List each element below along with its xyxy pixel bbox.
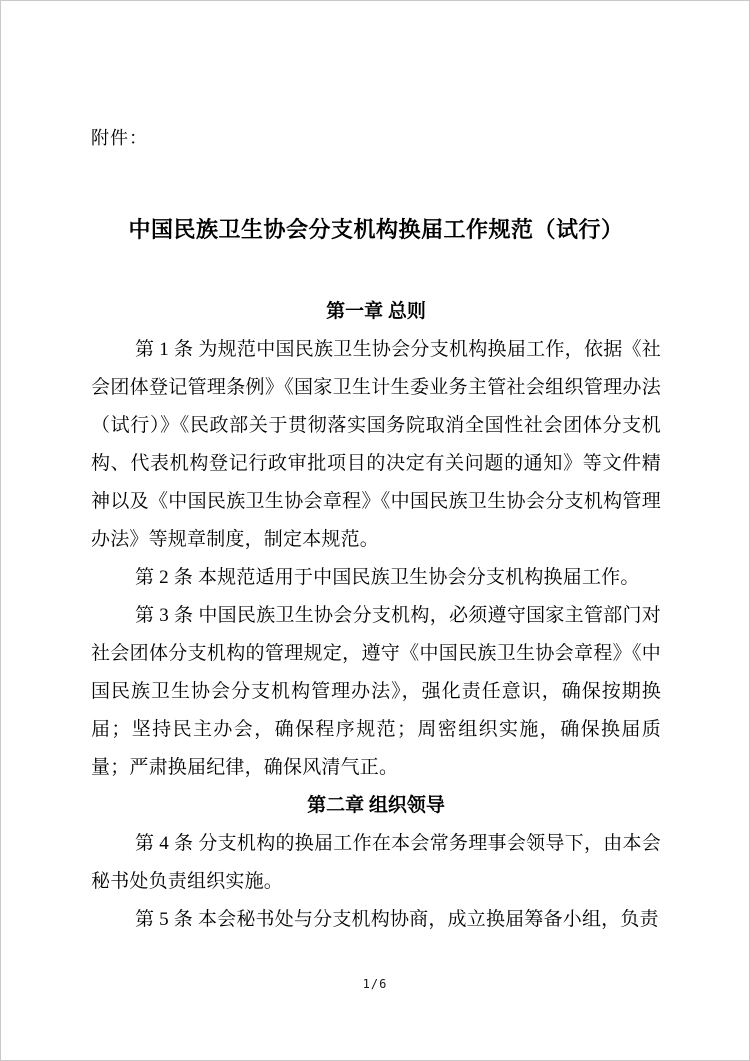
paragraph-article-5: 第 5 条 本会秘书处与分支机构协商，成立换届筹备小组，负责 [91, 901, 661, 939]
page-number: 1/6 [1, 977, 749, 991]
paragraph-article-1: 第 1 条 为规范中国民族卫生协会分支机构换届工作，依据《社会团体登记管理条例》… [91, 331, 661, 559]
chapter-heading-1: 第一章 总则 [91, 293, 661, 331]
document-viewer: { "document": { "attachment_label": "附件：… [0, 0, 750, 1061]
chapter-heading-2: 第二章 组织领导 [91, 787, 661, 825]
paragraph-article-4: 第 4 条 分支机构的换届工作在本会常务理事会领导下，由本会秘书处负责组织实施。 [91, 825, 661, 901]
paragraph-article-3: 第 3 条 中国民族卫生协会分支机构，必须遵守国家主管部门对社会团体分支机构的管… [91, 597, 661, 787]
attachment-label: 附件： [91, 120, 661, 156]
document-title: 中国民族卫生协会分支机构换届工作规范（试行） [91, 211, 661, 249]
document-page: 附件： 中国民族卫生协会分支机构换届工作规范（试行） 第一章 总则 第 1 条 … [0, 0, 750, 1061]
paragraph-article-2: 第 2 条 本规范适用于中国民族卫生协会分支机构换届工作。 [91, 559, 661, 597]
